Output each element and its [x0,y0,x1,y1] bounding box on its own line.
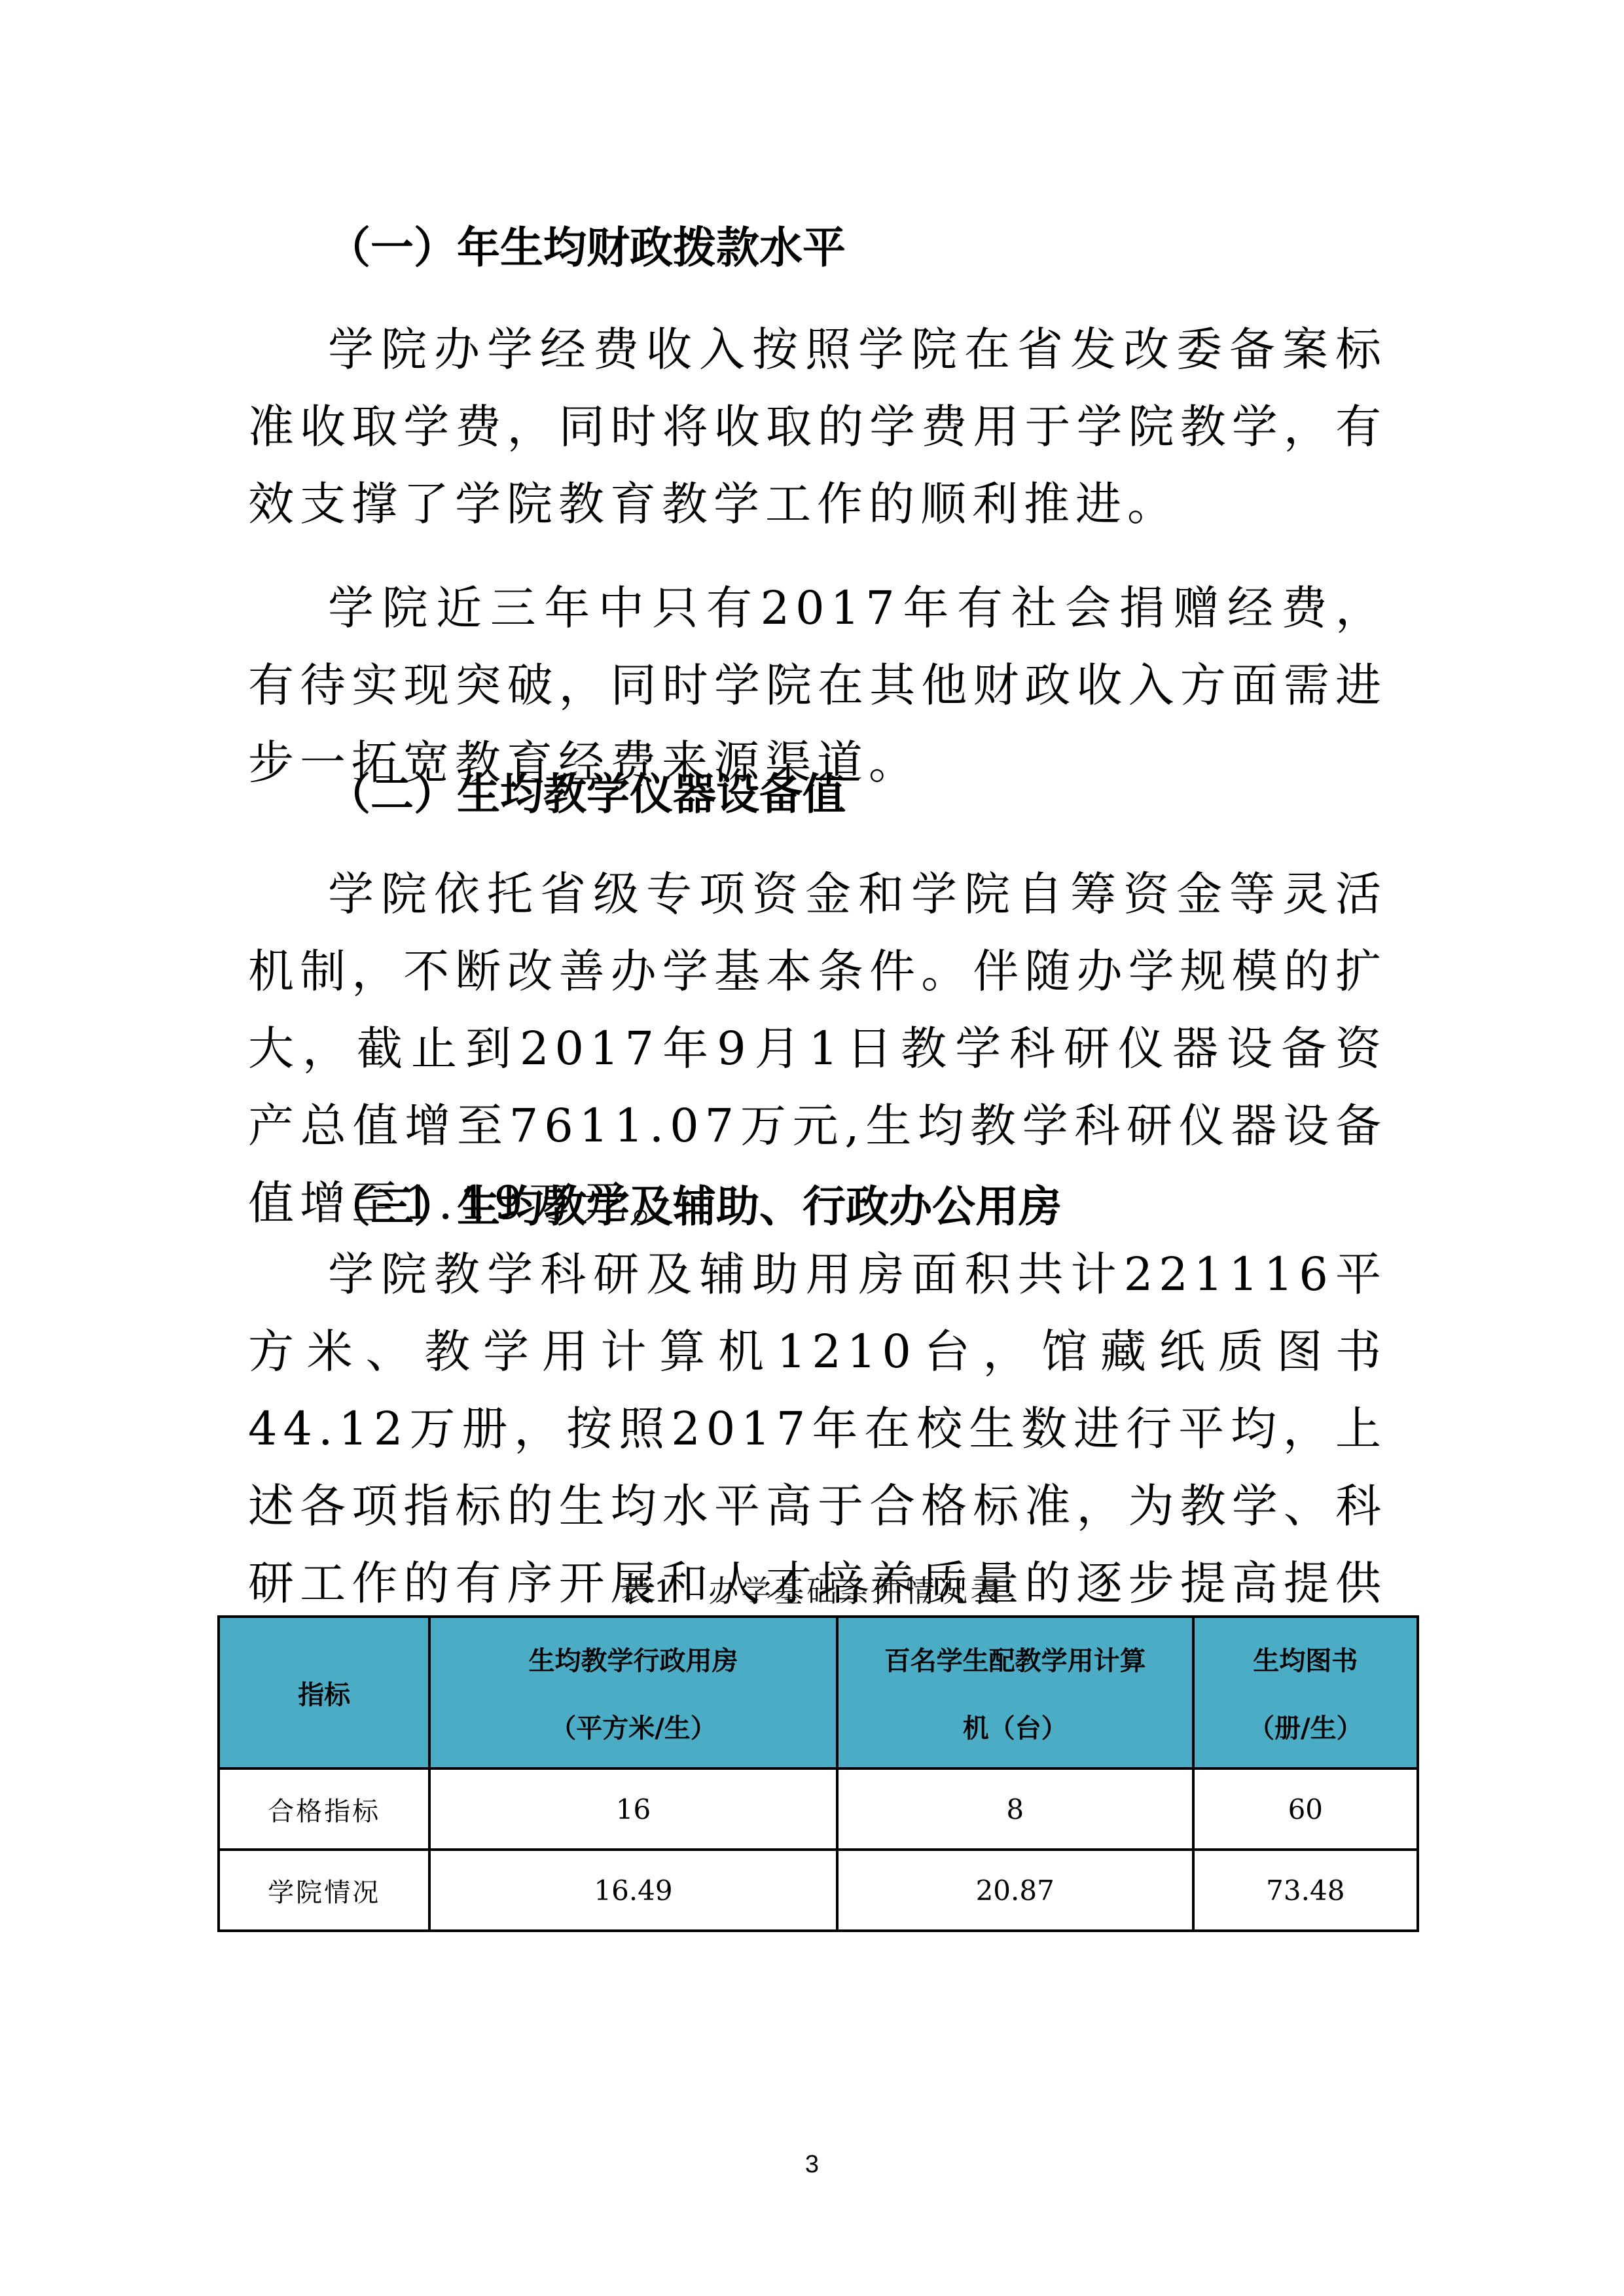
table-caption: 表1 办学基础条件情况表 [0,1568,1624,1611]
header-label: 百名学生配教学用计算 [839,1640,1192,1677]
table-cell: 20.87 [837,1850,1193,1931]
row-label: 学院情况 [219,1850,429,1931]
table-cell: 73.48 [1193,1850,1418,1931]
header-label: 生均图书 [1195,1640,1416,1677]
page-number: 3 [0,2151,1624,2179]
section-heading-1: （一）年生均财政拨款水平 [327,213,846,275]
header-cell-indicator: 指标 [219,1617,429,1768]
header-cell-space: 生均教学行政用房（平方米/生） [429,1617,837,1768]
table-cell: 16 [429,1768,837,1850]
section-heading-3: （三）生均教学及辅助、行政办公用房 [327,1172,1062,1234]
basic-conditions-table: 指标 生均教学行政用房（平方米/生） 百名学生配教学用计算机（台） 生均图书（册… [217,1615,1419,1932]
table-row: 学院情况 16.49 20.87 73.48 [219,1850,1418,1931]
header-unit: （平方米/生） [550,1713,717,1744]
table-cell: 8 [837,1768,1193,1850]
header-cell-books: 生均图书（册/生） [1193,1617,1418,1768]
table-header-row: 指标 生均教学行政用房（平方米/生） 百名学生配教学用计算机（台） 生均图书（册… [219,1617,1418,1768]
table-cell: 60 [1193,1768,1418,1850]
row-label: 合格指标 [219,1768,429,1850]
header-label: 生均教学行政用房 [431,1640,836,1677]
header-cell-computers: 百名学生配教学用计算机（台） [837,1617,1193,1768]
header-label: 指标 [298,1680,350,1710]
header-unit: 机（台） [963,1713,1068,1744]
paragraph-1-1: 学院办学经费收入按照学院在省发改委备案标准收取学费，同时将收取的学费用于学院教学… [248,311,1387,543]
table-cell: 16.49 [429,1850,837,1931]
table-row: 合格指标 16 8 60 [219,1768,1418,1850]
section-heading-2: （二）生均教学仪器设备值 [327,759,846,821]
header-unit: （册/生） [1248,1713,1363,1744]
